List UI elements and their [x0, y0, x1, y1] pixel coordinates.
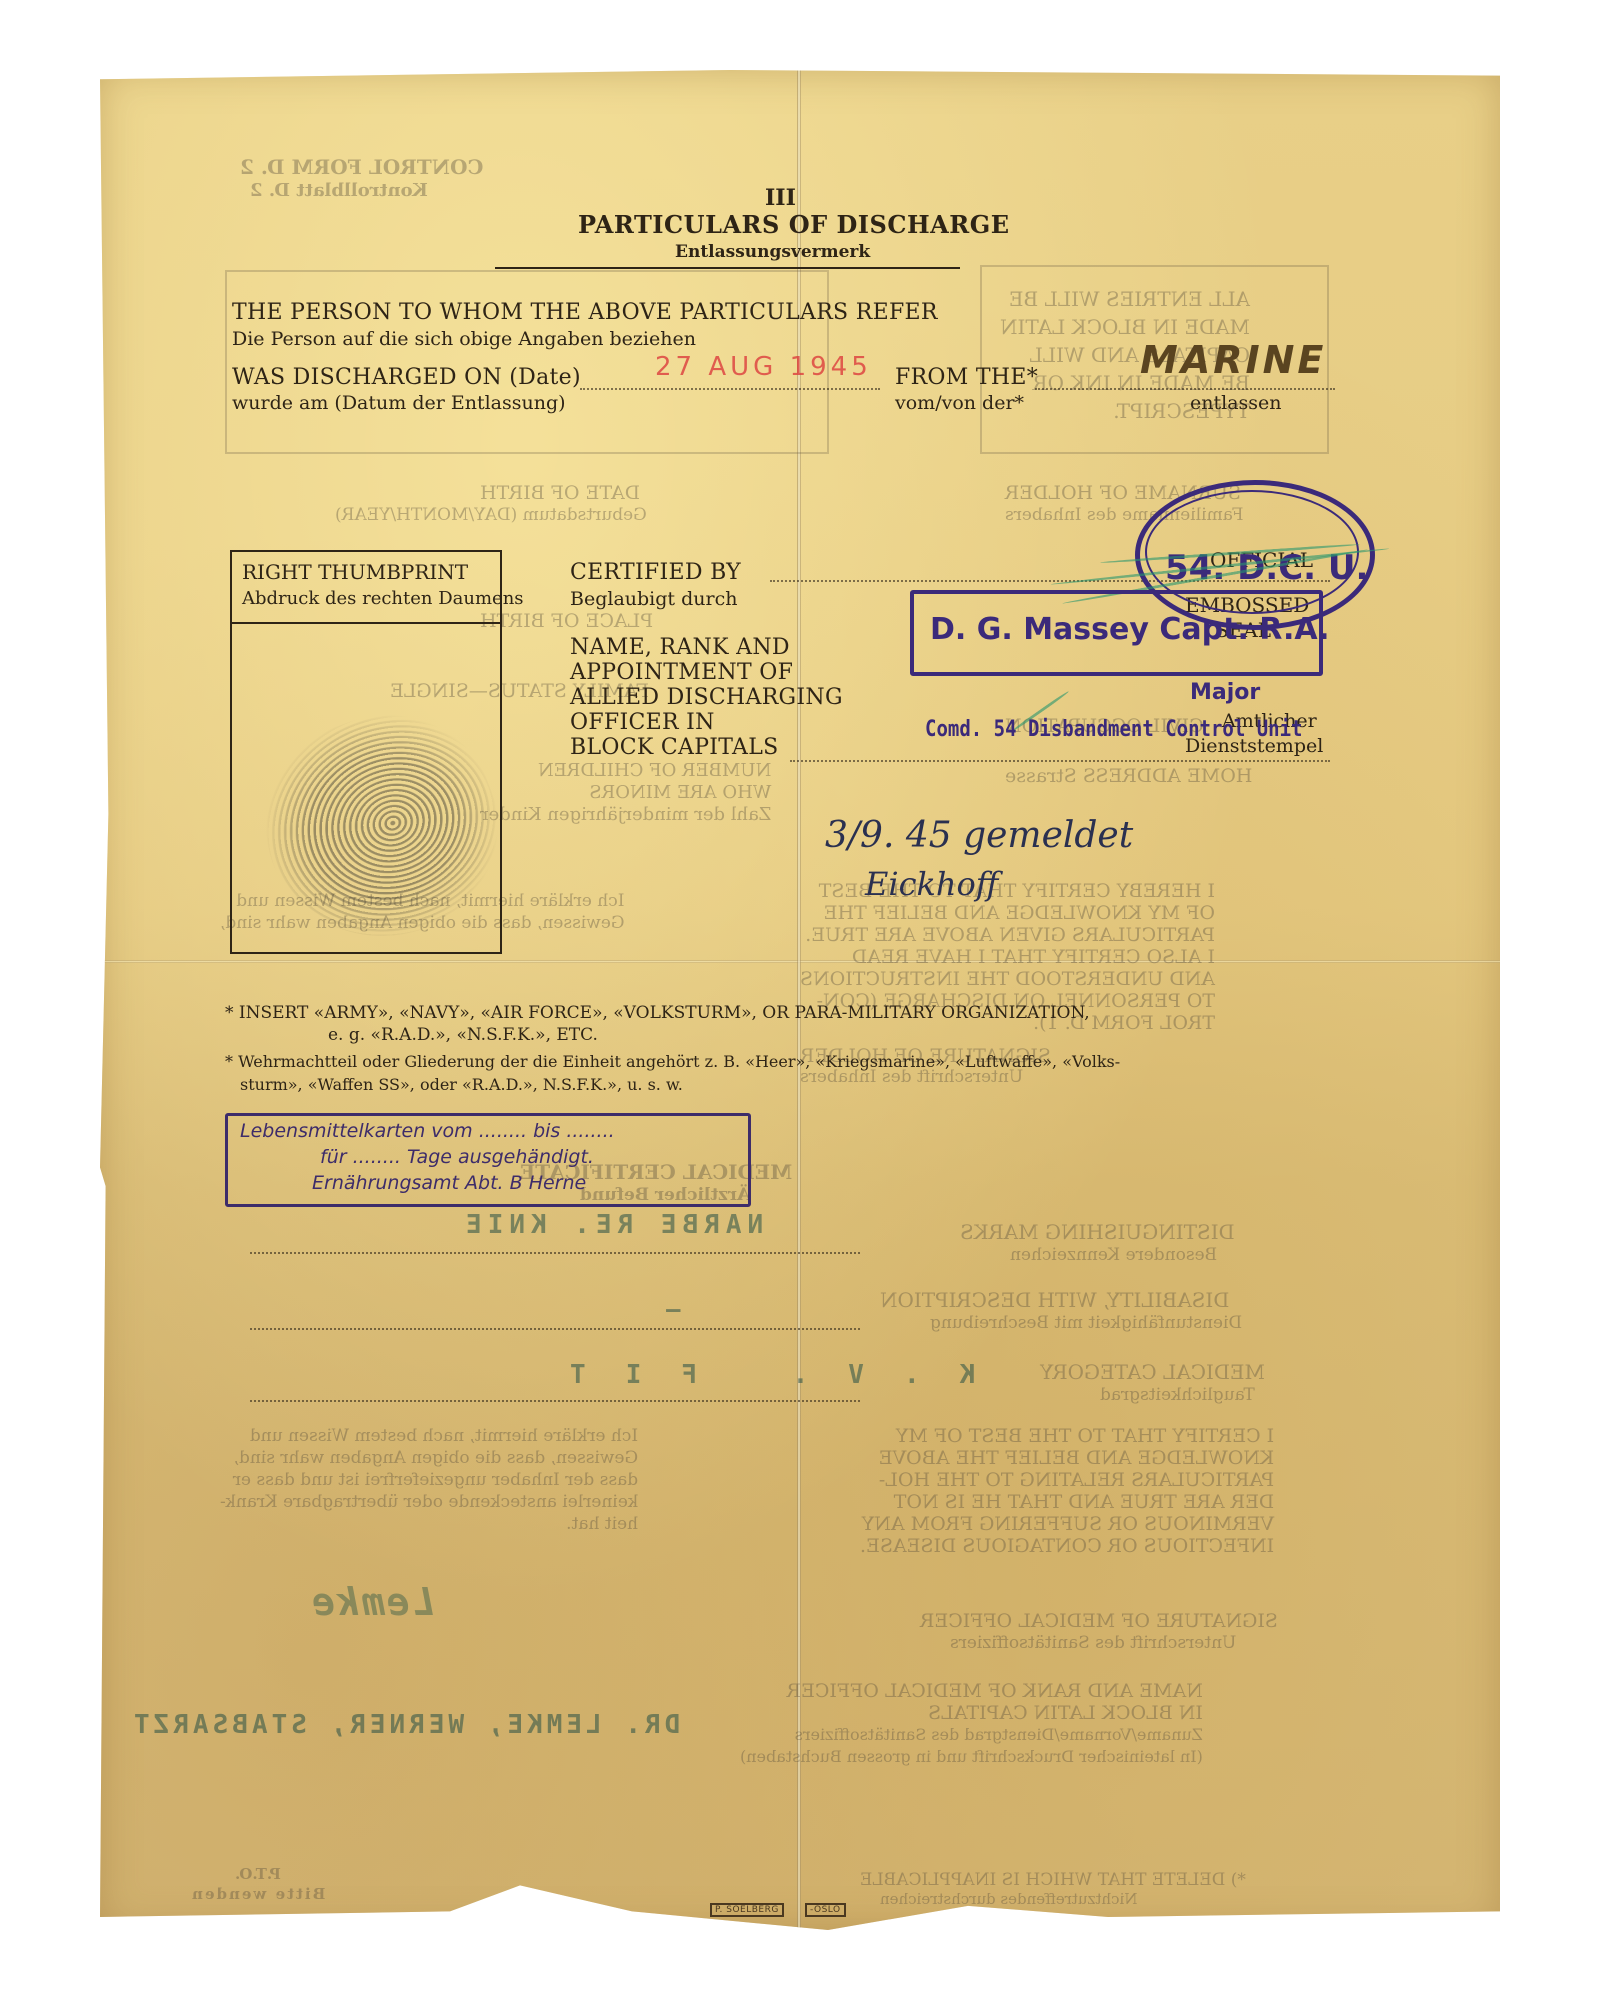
- ghost-distinguishing-marks-de: Besondere Kennzeichen: [1010, 1245, 1217, 1265]
- ghost-disability: DISABILITY, WITH DESCRIPTION: [880, 1288, 1229, 1312]
- certified-by-label-de: Beglaubigt durch: [570, 588, 737, 610]
- ghost-certify-medical-de: Ich erkläre hiermit, nach bestem Wissen …: [220, 1425, 638, 1535]
- from-the-value: MARINE: [1140, 338, 1326, 382]
- ghost-date-of-birth: DATE OF BIRTH: [480, 482, 640, 504]
- officer-rank-stamp: Major: [1190, 680, 1260, 705]
- ghost-name-medical: NAME AND RANK OF MEDICAL OFFICER IN BLOC…: [740, 1680, 1203, 1768]
- ghost-disability-de: Dienstunfähigkeit mit Beschreibung: [930, 1313, 1242, 1333]
- unit-stamp: Comd. 54 Disbandment Control Unit: [925, 716, 1303, 741]
- ghost-medical-category: MEDICAL CATEGORY: [1040, 1360, 1265, 1384]
- section-number: III: [765, 185, 796, 211]
- thumbprint-label-de: Abdruck des rechten Daumens: [242, 588, 524, 609]
- ration-stamp-line3: Ernährungsamt Abt. B Herne: [312, 1172, 586, 1194]
- handwritten-note-line2: Eickhoff: [865, 865, 998, 903]
- section-title: PARTICULARS OF DISCHARGE: [578, 210, 1010, 239]
- ghost-line-disability: [250, 1328, 860, 1330]
- thumbprint-label: RIGHT THUMBPRINT: [242, 560, 468, 584]
- ghost-pto-de: Bitte wenden: [190, 1885, 325, 1903]
- officer-line: [790, 760, 1330, 762]
- ghost-home-address: HOME ADDRESS Strasse: [1005, 765, 1252, 787]
- ghost-pto: P.T.O.: [235, 1865, 281, 1883]
- discharged-on-label: WAS DISCHARGED ON (Date): [232, 365, 581, 390]
- person-line-en: THE PERSON TO WHOM THE ABOVE PARTICULARS…: [232, 300, 938, 325]
- ghost-medical-category-value: K.V. FIT: [530, 1360, 975, 1390]
- ghost-certify-medical: I CERTIFY THAT TO THE BEST OF MY KNOWLED…: [860, 1425, 1274, 1557]
- officer-name-stamp-text: D. G. Massey Capt. R.A.: [930, 612, 1330, 647]
- ghost-line-category: [250, 1400, 860, 1402]
- thumbprint-box: RIGHT THUMBPRINT Abdruck des rechten Dau…: [230, 550, 502, 954]
- person-line-de: Die Person auf die sich obige Angaben be…: [232, 328, 696, 350]
- ghost-delete-note: *) DELETE THAT WHICH IS INAPPLICABLE: [860, 1870, 1246, 1890]
- discharge-document: CONTROL FORM D. 2 Kontrollblatt D. 2 ALL…: [100, 70, 1500, 1930]
- discharged-on-line: [580, 388, 880, 390]
- certified-by-label: CERTIFIED BY: [570, 560, 741, 585]
- ghost-control-form: CONTROL FORM D. 2: [240, 155, 483, 179]
- ghost-control-form-de: Kontrollblatt D. 2: [250, 180, 428, 201]
- discharged-on-label-de: wurde am (Datum der Entlassung): [232, 392, 566, 414]
- ghost-place-of-birth: PLACE OF BIRTH: [480, 610, 653, 632]
- officer-label: NAME, RANK AND APPOINTMENT OF ALLIED DIS…: [570, 635, 843, 760]
- ghost-date-of-birth-de: Geburtsdatum (DAY/MONTH/YEAR): [335, 505, 647, 525]
- ghost-name-medical-value: DR. LEMKE, WERNER, STABSARZT: [130, 1710, 680, 1740]
- footnote-de-1: * Wehrmachtteil oder Gliederung der die …: [225, 1052, 1120, 1071]
- thumbprint-impression: [236, 684, 527, 969]
- thumbprint-divider: [232, 622, 500, 624]
- ghost-distinguishing-marks-value: NARBE RE. KNIE: [460, 1210, 763, 1240]
- printer-mark-right: -OSLO: [805, 1903, 846, 1917]
- handwritten-note-line1: 3/9. 45 gemeldet: [825, 815, 1133, 856]
- ration-stamp-line1: Lebensmittelkarten vom ........ bis ....…: [240, 1120, 615, 1142]
- ghost-medical-category-de: Tauglichkeitsgrad: [1100, 1385, 1255, 1405]
- title-underline: [495, 267, 960, 269]
- ghost-children: NUMBER OF CHILDREN WHO ARE MINORS Zahl d…: [480, 760, 771, 826]
- footnote-en-1: * INSERT «ARMY», «NAVY», «AIR FORCE», «V…: [225, 1003, 1090, 1023]
- ghost-delete-note-de: Nichtzutreffendes durchstreichen: [880, 1890, 1137, 1908]
- ration-stamp-line2: für ........ Tage ausgehändigt.: [320, 1146, 594, 1168]
- from-the-label-de: vom/von der*: [895, 392, 1024, 414]
- discharge-date-stamp: 27 AUG 1945: [655, 352, 872, 382]
- printer-mark-left: P. SOELBERG: [710, 1903, 784, 1917]
- ghost-medical-signature: Lemke: [310, 1580, 434, 1624]
- ghost-line-marks: [250, 1252, 860, 1254]
- ghost-distinguishing-marks: DISTINGUISHING MARKS: [960, 1220, 1235, 1244]
- footnote-en-2: e. g. «R.A.D.», «N.S.F.K.», ETC.: [328, 1025, 598, 1045]
- ghost-signature-medical: SIGNATURE OF MEDICAL OFFICER: [920, 1610, 1278, 1632]
- footnote-de-2: sturm», «Waffen SS», oder «R.A.D.», N.S.…: [240, 1075, 683, 1094]
- from-the-suffix-de: entlassen: [1190, 392, 1282, 414]
- from-the-line: [1035, 388, 1335, 390]
- ghost-signature-medical-de: Unterschrift des Sanitätsoffiziers: [950, 1633, 1236, 1653]
- from-the-label: FROM THE*: [895, 365, 1038, 390]
- ghost-disability-value: —: [660, 1295, 680, 1323]
- section-subtitle: Entlassungsvermerk: [675, 242, 870, 262]
